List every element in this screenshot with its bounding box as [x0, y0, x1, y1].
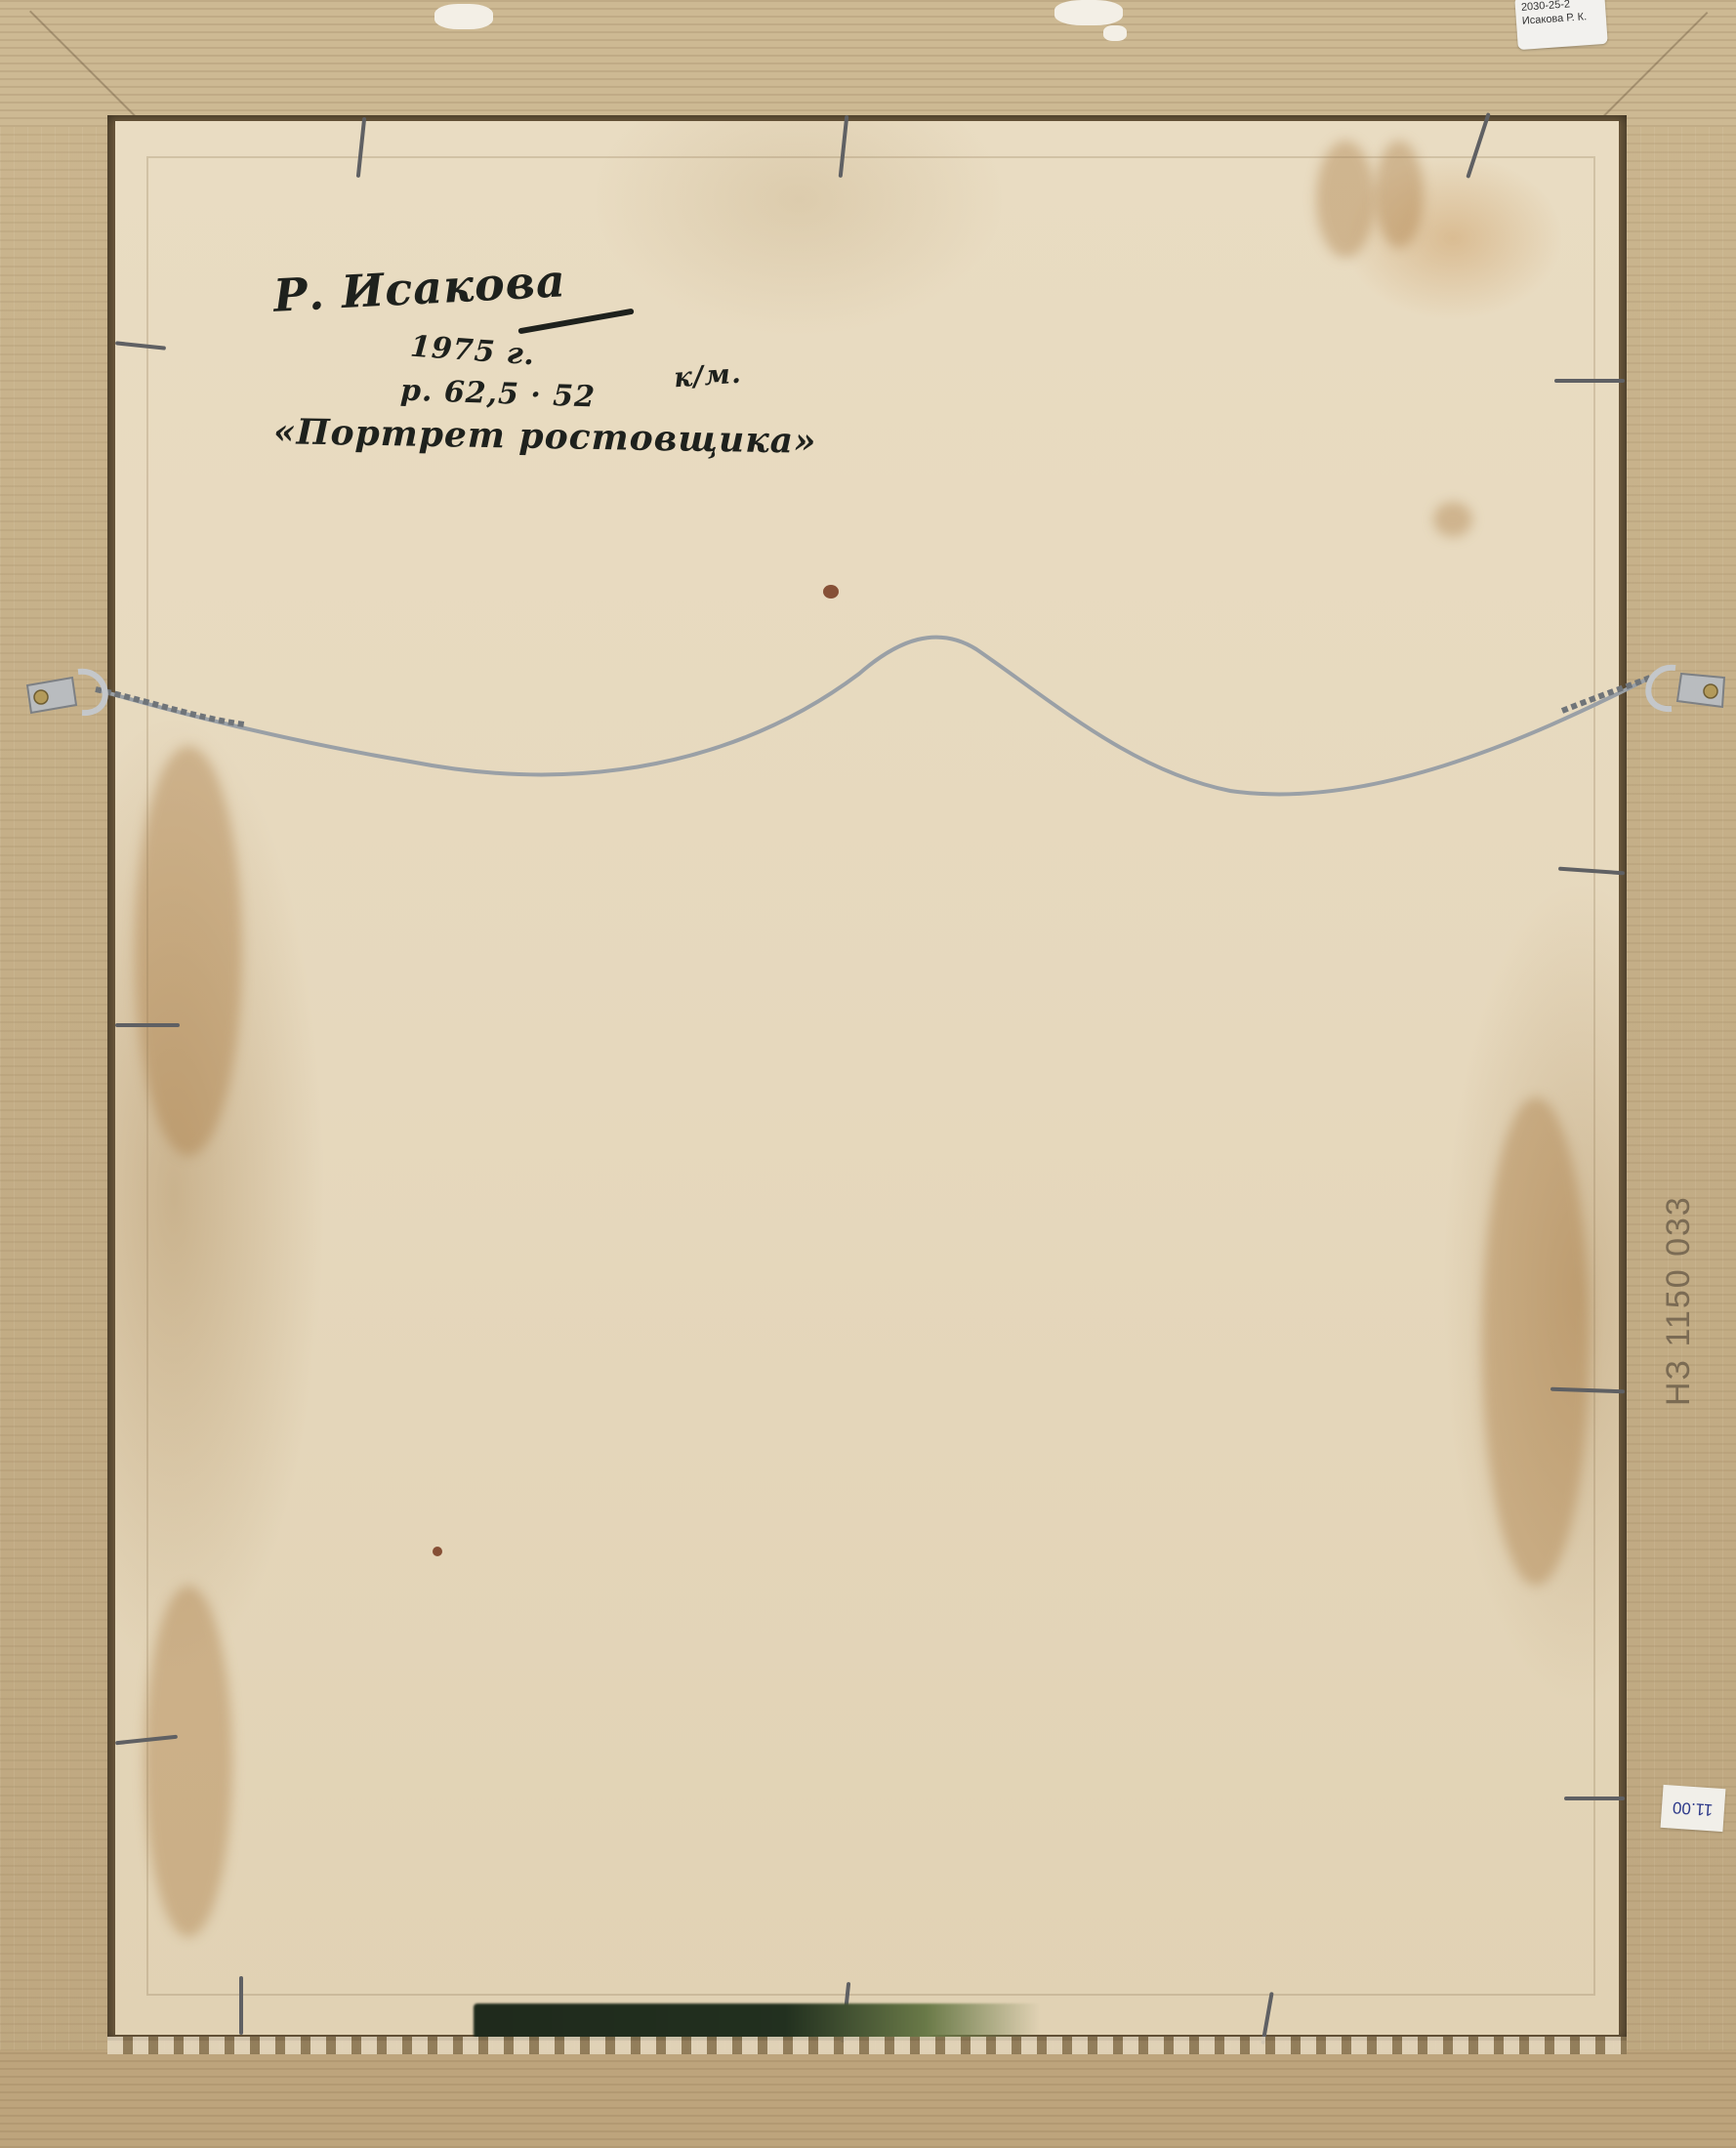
frame-bottom-rail: [0, 2050, 1736, 2148]
retaining-nail: [1564, 1797, 1625, 1800]
collection-label: 2030-25-2 Исакова Р. К.: [1514, 0, 1608, 50]
signature-underline: [517, 309, 634, 335]
d-ring-hanger-left-icon: [23, 664, 111, 719]
paint-chip: [1054, 0, 1123, 25]
retaining-nail: [115, 1023, 180, 1027]
picture-frame: 2030-25-2 Исакова Р. К. Р. Исакова 1975 …: [0, 0, 1736, 2148]
paint-chip: [1103, 25, 1127, 41]
inscription-title: «Портрет ростовщика»: [273, 411, 817, 462]
inscription-artist: Р. Исакова: [272, 254, 567, 322]
artist-inscription: Р. Исакова 1975 г. к/м. р. 62,5 · 52 «По…: [273, 262, 820, 476]
price-tag: 11.00: [1661, 1785, 1726, 1832]
torn-board-edge: [107, 2037, 1627, 2054]
retaining-nail: [1554, 379, 1625, 383]
frame-top-rail: [0, 0, 1736, 127]
price-tag-value: 11.00: [1673, 1797, 1715, 1820]
inventory-number: НЗ 1150 033: [1660, 1195, 1698, 1406]
d-ring-hanger-right-icon: [1642, 660, 1730, 715]
inscription-year: 1975 г.: [409, 330, 536, 373]
green-paint-smear: [474, 2003, 1040, 2039]
inscription-size: р. 62,5 · 52: [399, 374, 596, 415]
inscription-medium: к/м.: [673, 357, 743, 394]
paint-chip: [434, 4, 493, 29]
retaining-nail: [239, 1976, 243, 2035]
